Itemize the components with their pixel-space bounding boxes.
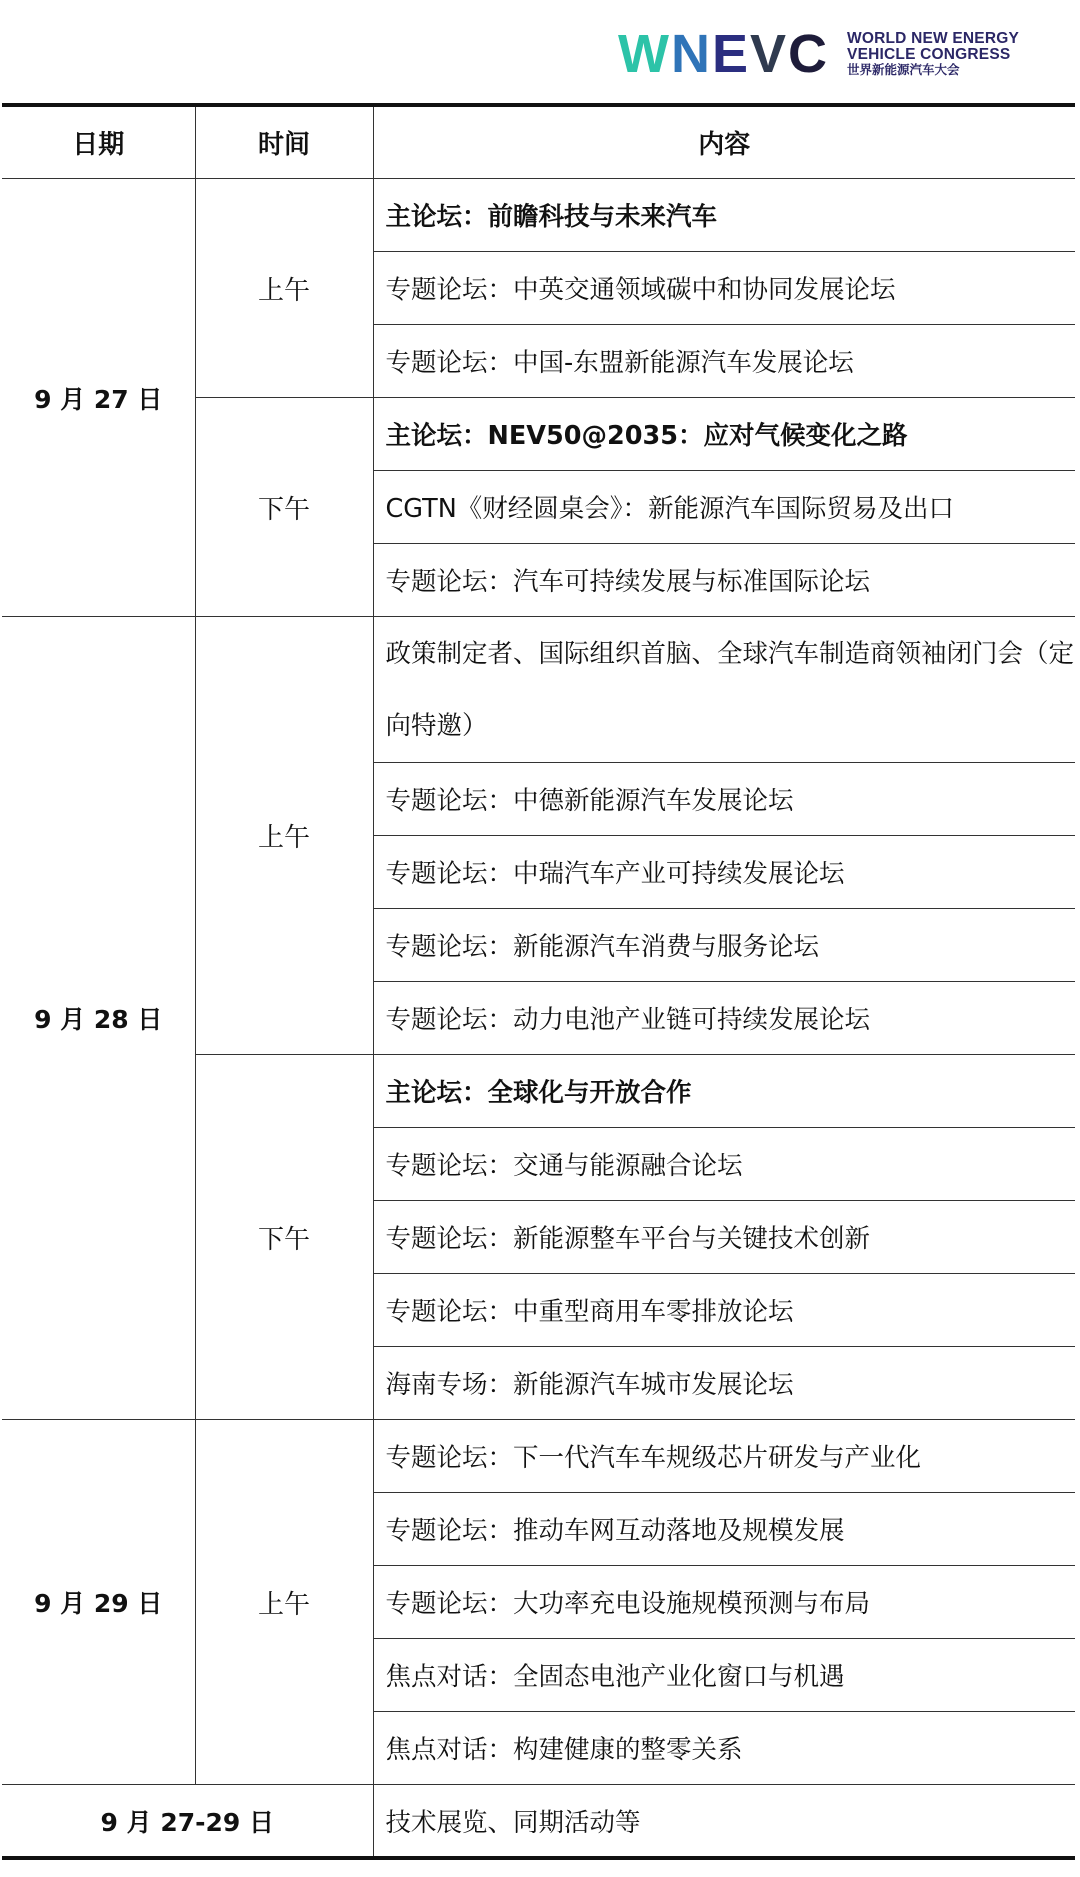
header-date: 日期: [2, 105, 195, 179]
content-cell: 专题论坛：中国-东盟新能源汽车发展论坛: [373, 325, 1075, 398]
content-cell: 专题论坛：推动车网互动落地及规模发展: [373, 1493, 1075, 1566]
content-cell: 专题论坛：下一代汽车车规级芯片研发与产业化: [373, 1420, 1075, 1493]
content-cell: 专题论坛：新能源汽车消费与服务论坛: [373, 909, 1075, 982]
table-row: 9 月 27 日上午主论坛：前瞻科技与未来汽车: [2, 179, 1075, 252]
time-cell: 下午: [195, 398, 373, 617]
time-cell: 上午: [195, 617, 373, 1055]
logo-letter: V: [750, 27, 788, 81]
content-cell: 专题论坛：中瑞汽车产业可持续发展论坛: [373, 836, 1075, 909]
time-cell: 上午: [195, 179, 373, 398]
time-cell: 下午: [195, 1055, 373, 1420]
main-forum-cell: 主论坛：全球化与开放合作: [373, 1055, 1075, 1128]
content-cell: 海南专场：新能源汽车城市发展论坛: [373, 1347, 1075, 1420]
logo-chinese-name: 世界新能源汽车大会: [847, 64, 1019, 77]
content-cell: 政策制定者、国际组织首脑、全球汽车制造商领袖闭门会（定向特邀）: [373, 617, 1075, 763]
logo-mark: W N E V C: [618, 27, 829, 81]
table-row: 9 月 28 日上午政策制定者、国际组织首脑、全球汽车制造商领袖闭门会（定向特邀…: [2, 617, 1075, 763]
wnevc-logo: W N E V C WORLD NEW ENERGY VEHICLE CONGR…: [618, 26, 1019, 82]
table-row: 9 月 29 日上午专题论坛：下一代汽车车规级芯片研发与产业化: [2, 1420, 1075, 1493]
date-range-cell: 9 月 27-29 日: [2, 1785, 373, 1859]
content-cell: 专题论坛：大功率充电设施规模预测与布局: [373, 1566, 1075, 1639]
logo-letter: C: [788, 27, 829, 81]
content-cell: 焦点对话：构建健康的整零关系: [373, 1712, 1075, 1785]
content-cell: 焦点对话：全固态电池产业化窗口与机遇: [373, 1639, 1075, 1712]
date-cell: 9 月 28 日: [2, 617, 195, 1420]
content-cell: 技术展览、同期活动等: [373, 1785, 1075, 1859]
table-header-row: 日期 时间 内容: [2, 105, 1075, 179]
logo-letter: W: [618, 27, 671, 81]
date-cell: 9 月 27 日: [2, 179, 195, 617]
content-cell: 专题论坛：汽车可持续发展与标准国际论坛: [373, 544, 1075, 617]
content-cell: 专题论坛：中德新能源汽车发展论坛: [373, 763, 1075, 836]
main-forum-cell: 主论坛：NEV50@2035：应对气候变化之路: [373, 398, 1075, 471]
content-cell: 专题论坛：交通与能源融合论坛: [373, 1128, 1075, 1201]
content-cell: CGTN《财经圆桌会》：新能源汽车国际贸易及出口: [373, 471, 1075, 544]
schedule-table: 日期 时间 内容 9 月 27 日上午主论坛：前瞻科技与未来汽车专题论坛：中英交…: [2, 103, 1075, 1860]
content-cell: 专题论坛：新能源整车平台与关键技术创新: [373, 1201, 1075, 1274]
content-cell: 专题论坛：中重型商用车零排放论坛: [373, 1274, 1075, 1347]
time-cell: 上午: [195, 1420, 373, 1785]
logo-english-line-2: VEHICLE CONGRESS: [847, 47, 1019, 63]
main-forum-cell: 主论坛：前瞻科技与未来汽车: [373, 179, 1075, 252]
table-row-exhibition: 9 月 27-29 日技术展览、同期活动等: [2, 1785, 1075, 1859]
logo-wordmark: WORLD NEW ENERGY VEHICLE CONGRESS 世界新能源汽…: [847, 31, 1019, 77]
date-cell: 9 月 29 日: [2, 1420, 195, 1785]
logo-letter: E: [712, 27, 750, 81]
header-content: 内容: [373, 105, 1075, 179]
logo-english-line-1: WORLD NEW ENERGY: [847, 31, 1019, 47]
header-time: 时间: [195, 105, 373, 179]
content-cell: 专题论坛：动力电池产业链可持续发展论坛: [373, 982, 1075, 1055]
logo-letter: N: [671, 27, 712, 81]
content-cell: 专题论坛：中英交通领域碳中和协同发展论坛: [373, 252, 1075, 325]
